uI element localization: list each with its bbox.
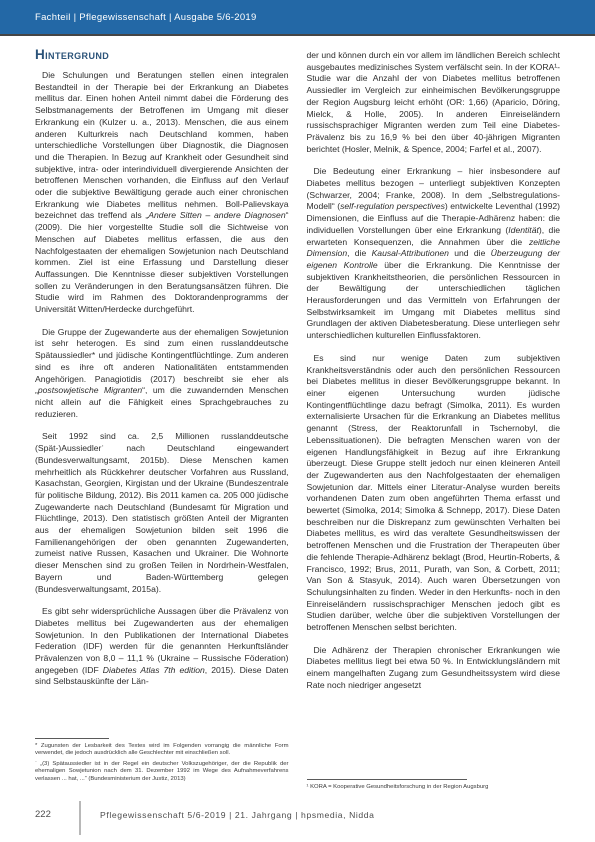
right-column: der und können durch ein vor allem im lä… xyxy=(307,48,561,794)
left-paragraph-2: Die Gruppe der Zugewanderte aus der ehem… xyxy=(35,327,289,421)
section-heading-hintergrund: Hintergrund xyxy=(35,48,289,62)
header-issue-label: Fachteil | Pflegewissenschaft | Ausgabe … xyxy=(35,12,257,23)
right-footnotes: ¹ KORA = Kooperative Gesundheitsforschun… xyxy=(307,779,561,794)
left-column: Hintergrund Die Schulungen und Beratunge… xyxy=(35,48,289,794)
right-paragraph-1: der und können durch ein vor allem im lä… xyxy=(307,50,561,155)
right-paragraph-2: Die Bedeutung einer Erkrankung – hier in… xyxy=(307,166,561,342)
footnote-gender-note: * Zugunsten der Lesbarkeit des Textes wi… xyxy=(35,743,289,758)
page-number: 222 xyxy=(35,809,51,820)
left-paragraph-4: Es gibt sehr widersprüchliche Aussagen ü… xyxy=(35,606,289,688)
journal-page: Fachteil | Pflegewissenschaft | Ausgabe … xyxy=(0,0,595,842)
two-column-body: Hintergrund Die Schulungen und Beratunge… xyxy=(35,48,560,794)
footnote-kora-definition: ¹ KORA = Kooperative Gesundheitsforschun… xyxy=(307,784,561,791)
left-paragraph-1: Die Schulungen und Beratungen stellen ei… xyxy=(35,70,289,316)
left-paragraph-3: Seit 1992 sind ca. 2,5 Millionen russlan… xyxy=(35,431,289,595)
right-paragraph-3: Es sind nur wenige Daten zum subjektiven… xyxy=(307,353,561,634)
page-footer: 222 Pflegewissenschaft 5/6-2019 | 21. Ja… xyxy=(0,794,595,842)
footnote-divider xyxy=(35,738,109,739)
right-paragraph-4: Die Adhärenz der Therapien chronischer E… xyxy=(307,645,561,692)
footer-divider xyxy=(79,801,81,835)
header-bar: Fachteil | Pflegewissenschaft | Ausgabe … xyxy=(0,0,595,36)
footnote-divider xyxy=(307,779,467,780)
left-footnotes: * Zugunsten der Lesbarkeit des Textes wi… xyxy=(35,738,289,786)
footnote-spataussiedler-definition: ˈ „(3) Spätaussiedler ist in der Regel e… xyxy=(35,761,289,783)
footer-journal-line: Pflegewissenschaft 5/6-2019 | 21. Jahrga… xyxy=(100,810,375,820)
